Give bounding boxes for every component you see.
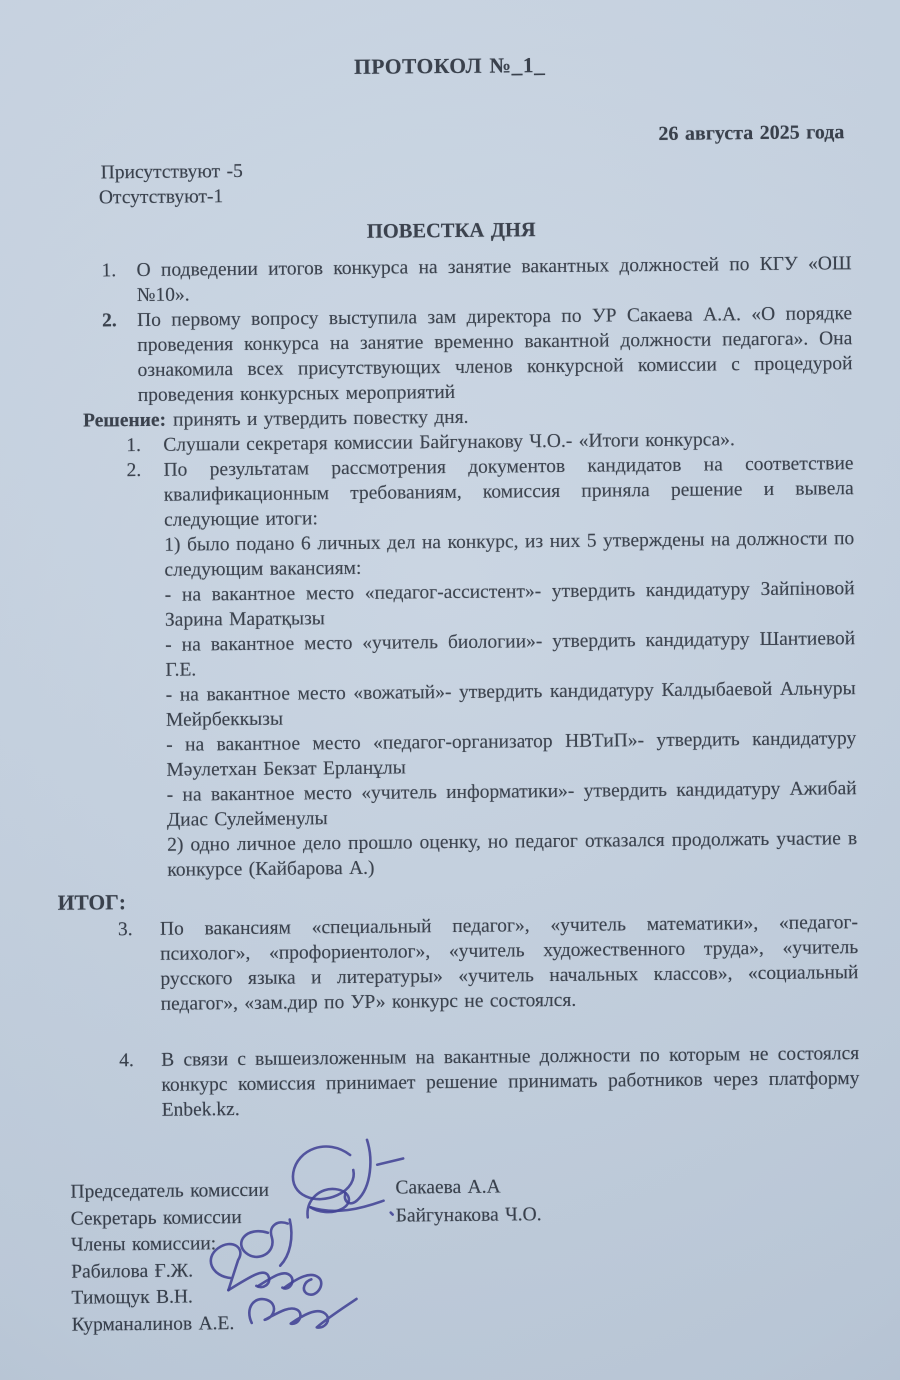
sub-item-line: - на вакантное место «педагог-ассистент»… (165, 576, 855, 633)
sub-item-line: - на вакантное место «педагог-организато… (166, 726, 856, 783)
protocol-paper: ПРОТОКОЛ №_1_ 26 августа 2025 года Прису… (0, 0, 900, 1380)
proceedings-item-number: 1. (126, 433, 163, 458)
signatory-name: Байгунакова Ч.О. (396, 1201, 542, 1230)
proceedings-item-text: По результатам рассмотрения документов к… (163, 451, 854, 533)
sub-item-line: - на вакантное место «учитель информатик… (167, 776, 857, 833)
result-item-number: 3. (118, 917, 160, 942)
protocol-number-title: ПРОТОКОЛ №_1_ (50, 48, 850, 84)
sub-item-line: - на вакантное место «вожатый»- утвердит… (166, 676, 856, 733)
result-item: 3. По вакансиям «специальный педагог», «… (118, 910, 859, 1017)
signature-names: Сакаева А.А Байгунакова Ч.О. (395, 1173, 541, 1230)
agenda-item-number: 1. (102, 258, 137, 283)
agenda-item-text: О подведении итогов конкурса на занятие … (137, 251, 852, 308)
protocol-date: 26 августа 2025 года (50, 120, 850, 153)
sub-item-line: - на вакантное место «учитель биологии»-… (165, 626, 855, 683)
signature-block: Председатель комиссии Секретарь комиссии… (70, 1172, 861, 1339)
decision-label: Решение: (83, 410, 166, 432)
proceedings-item-number: 2. (126, 458, 163, 483)
agenda-item: 1. О подведении итогов конкурса на занят… (102, 251, 852, 308)
agenda-heading: ПОВЕСТКА ДНЯ (51, 213, 851, 249)
result-item: 4. В связи с вышеизложенным на вакантные… (119, 1041, 860, 1123)
agenda-item: 2. По первому вопросу выступила зам дире… (102, 301, 853, 408)
result-item-text: По вакансиям «специальный педагог», «учи… (160, 910, 859, 1017)
decision-text: принять и утвердить повестку дня. (173, 407, 469, 431)
document-photo: ПРОТОКОЛ №_1_ 26 августа 2025 года Прису… (0, 0, 900, 1380)
proceedings-list: 1. Слушали секретаря комиссии Байгунаков… (53, 426, 857, 884)
signatory-name: Сакаева А.А (395, 1173, 541, 1202)
agenda-item-text: По первому вопросу выступила зам директо… (137, 301, 853, 408)
agenda-list: 1. О подведении итогов конкурса на занят… (52, 251, 853, 409)
sub-item-line: 2) одно личное дело прошло оценку, но пе… (167, 826, 857, 883)
agenda-item-number: 2. (102, 308, 137, 333)
result-item-number: 4. (119, 1048, 161, 1073)
result-list: 3. По вакансиям «специальный педагог», «… (58, 910, 860, 1124)
result-item-text: В связи с вышеизложенным на вакантные до… (161, 1041, 860, 1123)
sub-item-line: 1) было подано 6 личных дел на конкурс, … (164, 526, 854, 583)
proceedings-item: 2. По результатам рассмотрения документо… (126, 451, 854, 533)
